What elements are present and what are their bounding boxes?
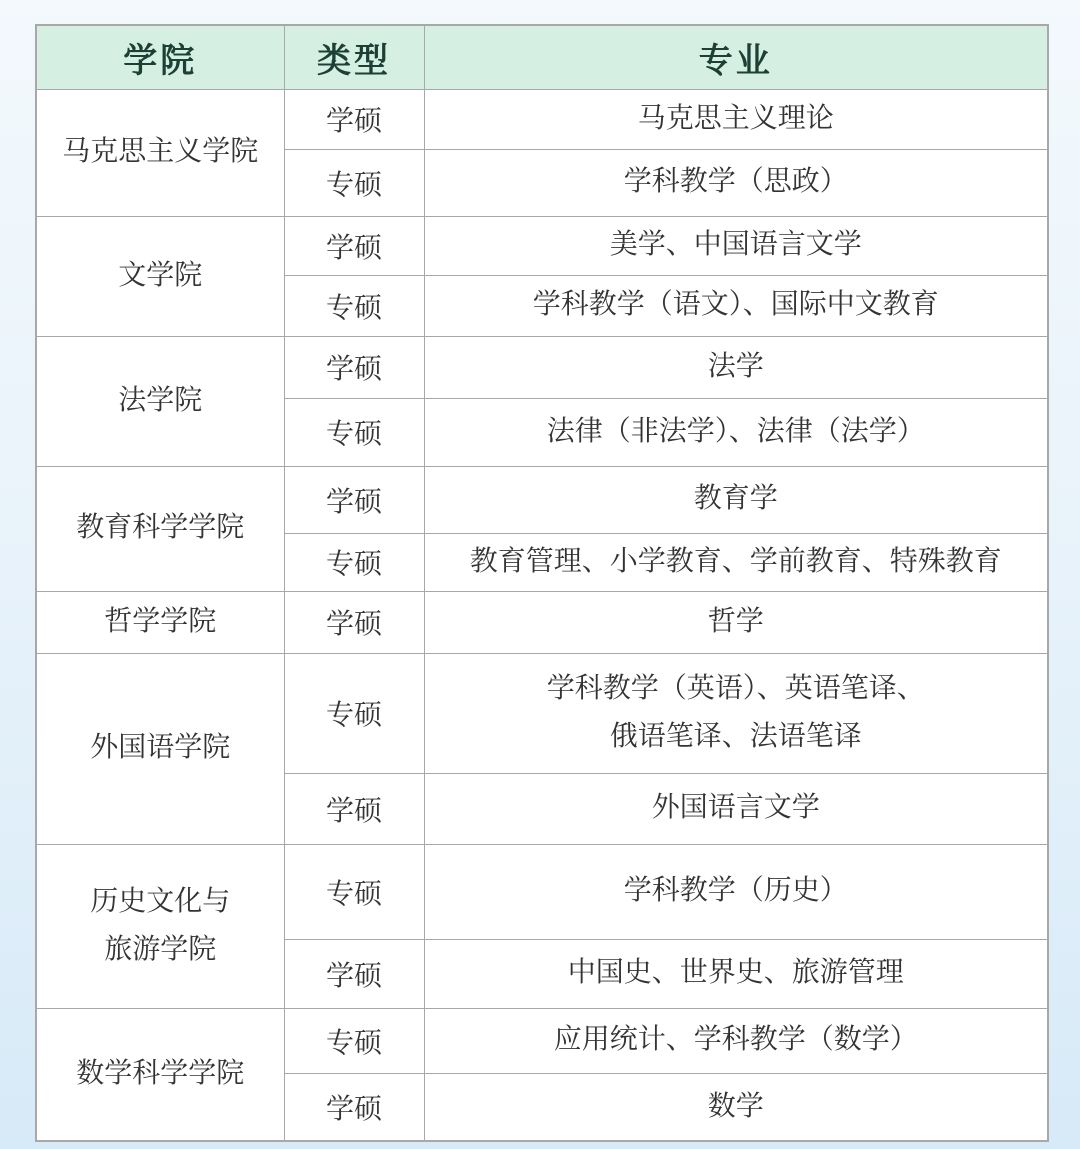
degree-type: 专硕 <box>284 149 424 216</box>
table-row: 历史文化与 旅游学院 专硕 学科教学（历史） <box>36 844 1048 939</box>
table-row: 数学科学学院 专硕 应用统计、学科教学（数学） <box>36 1008 1048 1073</box>
header-cell-type: 类型 <box>284 25 424 89</box>
major-list: 学科教学（思政） <box>424 149 1048 216</box>
major-list: 数学 <box>424 1073 1048 1141</box>
table-row: 法学院 学硕 法学 <box>36 336 1048 398</box>
degree-type: 学硕 <box>284 591 424 653</box>
major-list: 哲学 <box>424 591 1048 653</box>
college-major-table: 学院 类型 专业 马克思主义学院 学硕 马克思主义理论 专硕 学科教学（思政） … <box>35 24 1049 1142</box>
degree-type: 专硕 <box>284 275 424 336</box>
table-row: 马克思主义学院 学硕 马克思主义理论 <box>36 89 1048 149</box>
college-name: 外国语学院 <box>36 653 284 844</box>
major-list: 教育管理、小学教育、学前教育、特殊教育 <box>424 533 1048 591</box>
degree-type: 专硕 <box>284 653 424 773</box>
major-list: 学科教学（语文）、国际中文教育 <box>424 275 1048 336</box>
header-row: 学院 类型 专业 <box>36 25 1048 89</box>
degree-type: 学硕 <box>284 466 424 533</box>
college-name: 教育科学学院 <box>36 466 284 591</box>
major-list: 应用统计、学科教学（数学） <box>424 1008 1048 1073</box>
college-name: 文学院 <box>36 216 284 336</box>
college-name: 数学科学学院 <box>36 1008 284 1141</box>
table-row: 文学院 学硕 美学、中国语言文学 <box>36 216 1048 275</box>
degree-type: 学硕 <box>284 1073 424 1141</box>
table-row: 外国语学院 专硕 学科教学（英语）、英语笔译、 俄语笔译、法语笔译 <box>36 653 1048 773</box>
degree-type: 学硕 <box>284 773 424 844</box>
table-header: 学院 类型 专业 <box>36 25 1048 89</box>
table-row: 哲学学院 学硕 哲学 <box>36 591 1048 653</box>
page-background: 学院 类型 专业 马克思主义学院 学硕 马克思主义理论 专硕 学科教学（思政） … <box>0 0 1080 1149</box>
degree-type: 学硕 <box>284 939 424 1008</box>
college-name: 法学院 <box>36 336 284 466</box>
major-list: 教育学 <box>424 466 1048 533</box>
header-cell-college: 学院 <box>36 25 284 89</box>
major-list: 中国史、世界史、旅游管理 <box>424 939 1048 1008</box>
degree-type: 专硕 <box>284 533 424 591</box>
table-row: 教育科学学院 学硕 教育学 <box>36 466 1048 533</box>
major-list: 马克思主义理论 <box>424 89 1048 149</box>
degree-type: 专硕 <box>284 398 424 466</box>
college-name: 哲学学院 <box>36 591 284 653</box>
degree-type: 学硕 <box>284 216 424 275</box>
degree-type: 学硕 <box>284 336 424 398</box>
major-list: 学科教学（历史） <box>424 844 1048 939</box>
degree-type: 专硕 <box>284 844 424 939</box>
major-list: 法学 <box>424 336 1048 398</box>
degree-type: 学硕 <box>284 89 424 149</box>
college-name: 马克思主义学院 <box>36 89 284 216</box>
major-list: 法律（非法学）、法律（法学） <box>424 398 1048 466</box>
header-cell-major: 专业 <box>424 25 1048 89</box>
degree-type: 专硕 <box>284 1008 424 1073</box>
table-body: 马克思主义学院 学硕 马克思主义理论 专硕 学科教学（思政） 文学院 学硕 美学… <box>36 89 1048 1141</box>
major-list: 外国语言文学 <box>424 773 1048 844</box>
major-list: 学科教学（英语）、英语笔译、 俄语笔译、法语笔译 <box>424 653 1048 773</box>
major-list: 美学、中国语言文学 <box>424 216 1048 275</box>
college-name: 历史文化与 旅游学院 <box>36 844 284 1008</box>
